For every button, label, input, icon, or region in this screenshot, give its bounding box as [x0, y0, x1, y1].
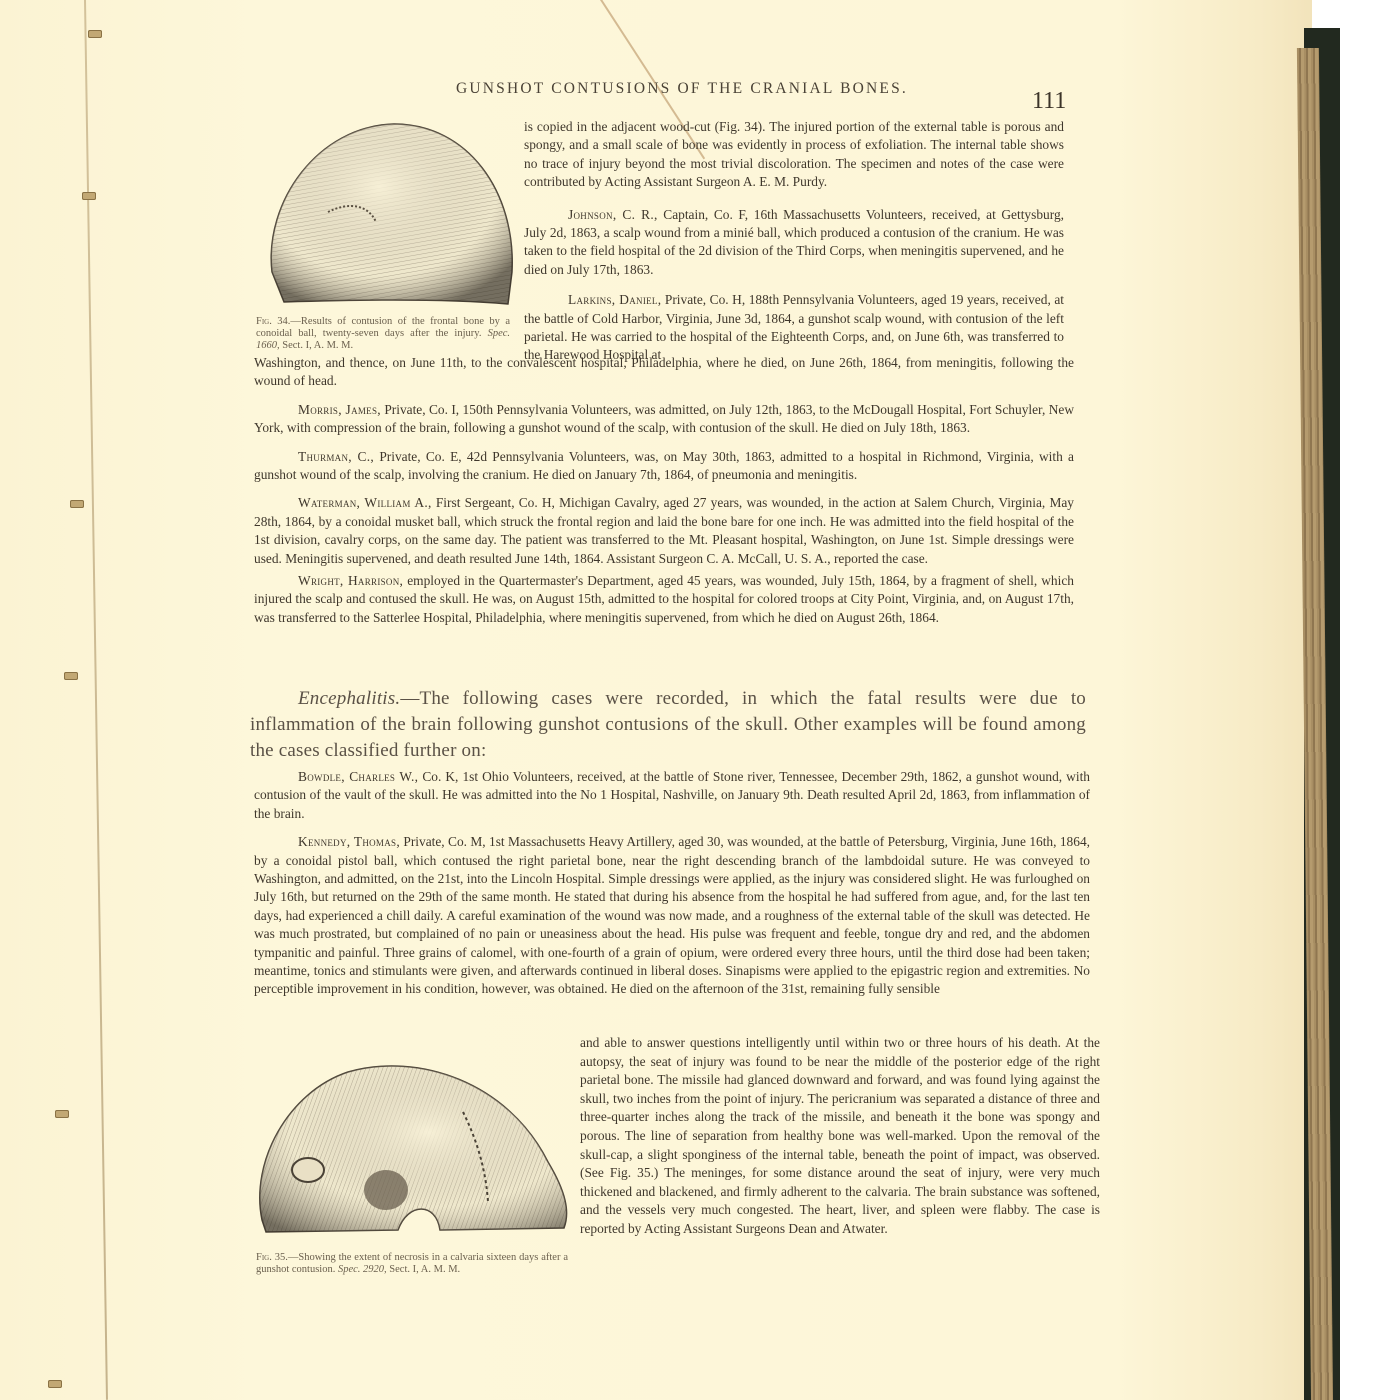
figure-34-caption: Fig. 34.—Results of contusion of the fro…: [256, 316, 510, 352]
figure-35-calvaria-illustration: [248, 1052, 578, 1242]
encephalitis-section-intro: Encephalitis.—The following cases were r…: [250, 686, 1086, 764]
upper-right-column: is copied in the adjacent wood-cut (Fig.…: [524, 118, 1064, 365]
caption-text: —Results of contusion of the frontal bon…: [256, 316, 510, 339]
figure-label: Fig. 34.: [256, 316, 290, 327]
case-wright: Wright, Harrison, employed in the Quarte…: [254, 572, 1074, 627]
specimen-number: Spec. 2920,: [338, 1264, 387, 1275]
full-width-text-block: Washington, and thence, on June 11th, to…: [254, 354, 1074, 627]
case-name: Thurman, C.,: [298, 449, 374, 464]
binding-stitch: [64, 672, 78, 680]
case-text: Private, Co. M, 1st Massachusetts Heavy …: [254, 834, 1090, 996]
case-name: Waterman, William A.,: [298, 495, 432, 510]
binding-stitch: [48, 1380, 62, 1388]
figure-34-skull-illustration: [258, 112, 520, 312]
section-title: Encephalitis.: [298, 688, 400, 709]
case-name: Larkins, Daniel,: [568, 292, 661, 307]
book-page: GUNSHOT CONTUSIONS OF THE CRANIAL BONES.…: [0, 0, 1312, 1400]
figure-label: Fig. 35.: [256, 1252, 288, 1263]
case-name: Wright, Harrison,: [298, 573, 403, 588]
case-name: Kennedy, Thomas,: [298, 834, 400, 849]
specimen-source: Sect. I, A. M. M.: [282, 340, 353, 351]
figure-35-caption: Fig. 35.—Showing the extent of necrosis …: [256, 1252, 568, 1276]
case-kennedy: Kennedy, Thomas, Private, Co. M, 1st Mas…: [254, 833, 1090, 999]
case-morris: Morris, James, Private, Co. I, 150th Pen…: [254, 401, 1074, 438]
case-text: Private, Co. E, 42d Pennsylvania Volunte…: [254, 449, 1074, 482]
larkins-continuation: Washington, and thence, on June 11th, to…: [254, 354, 1074, 391]
background: [1340, 0, 1400, 1400]
encephalitis-cases: Bowdle, Charles W., Co. K, 1st Ohio Volu…: [254, 768, 1090, 999]
case-bowdle: Bowdle, Charles W., Co. K, 1st Ohio Volu…: [254, 768, 1090, 823]
case-name: Johnson, C. R.,: [568, 207, 658, 222]
binding-stitch: [82, 192, 96, 200]
running-head: GUNSHOT CONTUSIONS OF THE CRANIAL BONES.: [456, 80, 1096, 98]
binding-stitch: [70, 500, 84, 508]
case-johnson: Johnson, C. R., Captain, Co. F, 16th Mas…: [524, 206, 1064, 280]
case-waterman: Waterman, William A., First Sergeant, Co…: [254, 494, 1074, 568]
binding-stitch: [55, 1110, 69, 1118]
case-name: Morris, James,: [298, 402, 381, 417]
purdy-paragraph: is copied in the adjacent wood-cut (Fig.…: [524, 118, 1064, 192]
binding-stitch: [88, 30, 102, 38]
case-thurman: Thurman, C., Private, Co. E, 42d Pennsyl…: [254, 448, 1074, 485]
kennedy-continuation: and able to answer questions intelligent…: [580, 1034, 1100, 1239]
case-name: Bowdle, Charles W.,: [298, 769, 418, 784]
binding-gutter: [84, 0, 108, 1400]
page-number: 111: [1032, 88, 1066, 115]
kennedy-continuation-column: and able to answer questions intelligent…: [580, 1034, 1100, 1239]
specimen-source: Sect. I, A. M. M.: [389, 1264, 460, 1275]
